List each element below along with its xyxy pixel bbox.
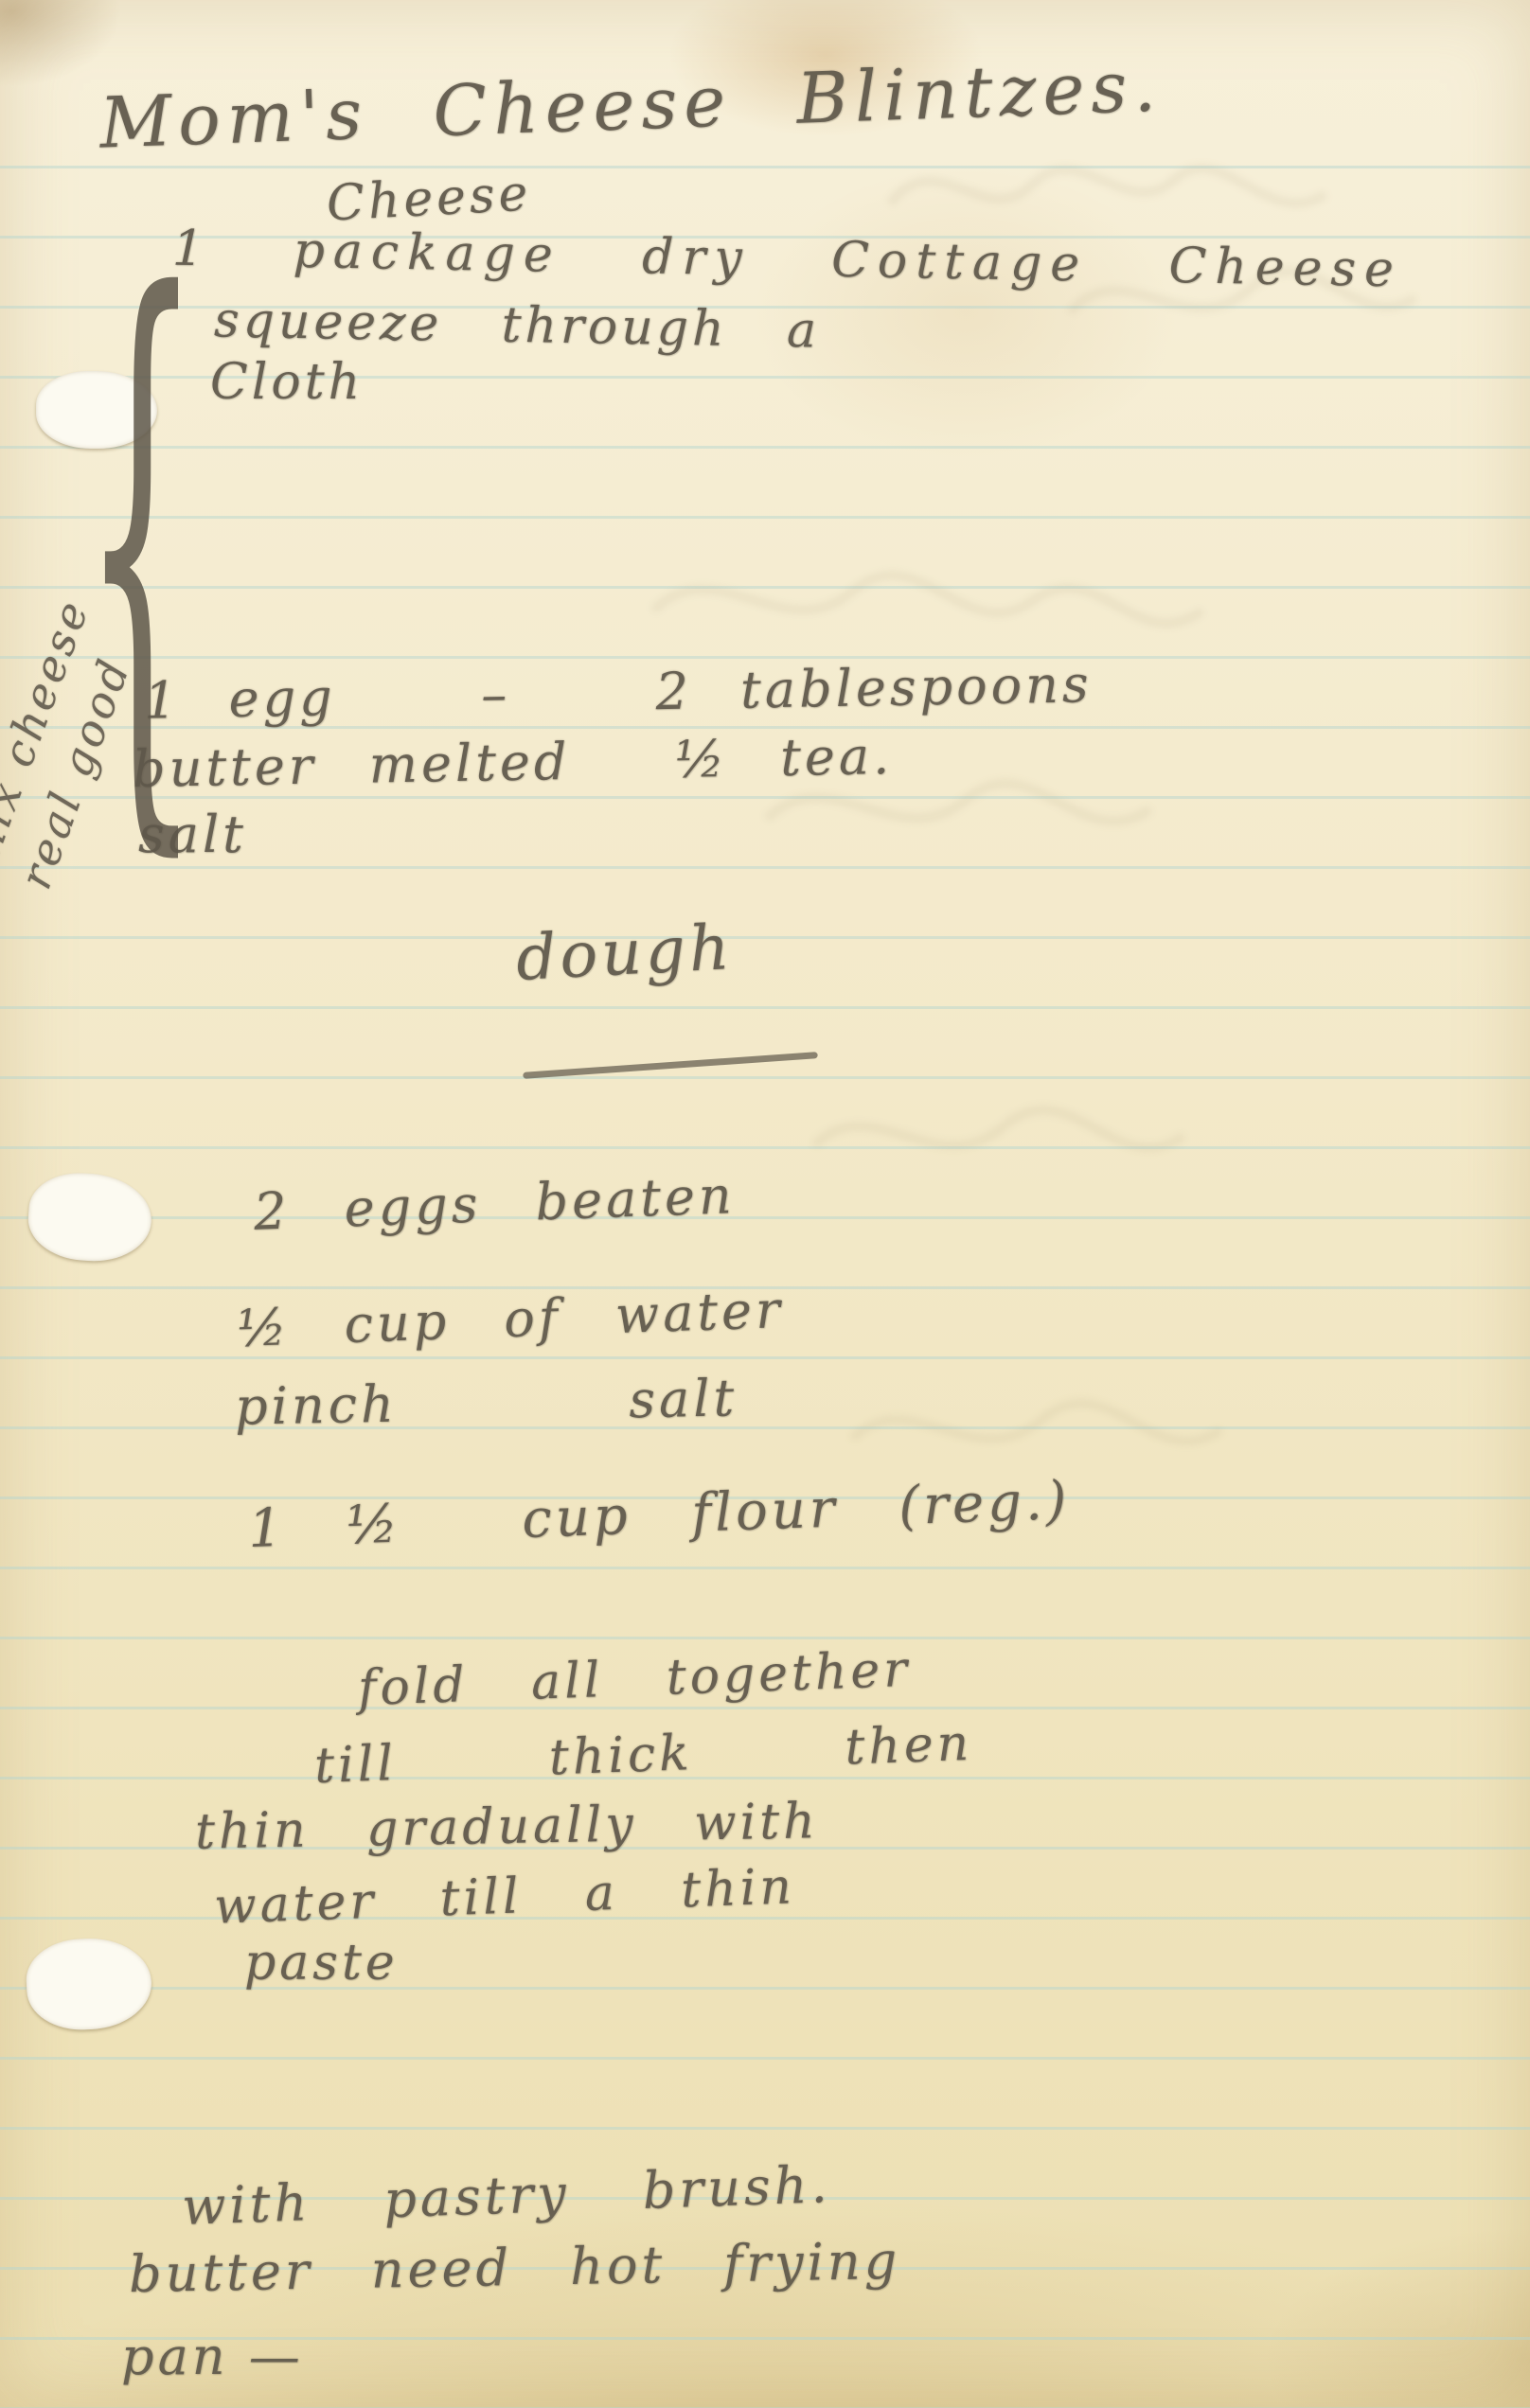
instruction-line-paste: paste	[244, 1935, 399, 1992]
cheese-section-heading: Cheese	[326, 165, 533, 232]
punch-hole-bottom	[25, 1936, 154, 2033]
instruction-line-thin: thin gradually with	[195, 1793, 820, 1860]
cheese-line-butter: butter melted ½ tea.	[133, 726, 894, 799]
punch-hole-middle	[26, 1170, 154, 1266]
recipe-page: Mom's Cheese Blintzes. Cheese { 1 packag…	[0, 0, 1530, 2408]
frying-line-pan: pan —	[121, 2327, 304, 2386]
dough-ingredient-flour: 1 ½ cup flour (reg.)	[247, 1470, 1071, 1560]
dough-heading-underline	[523, 1052, 818, 1079]
ruled-lines	[0, 98, 1530, 2408]
dough-ingredient-eggs: 2 eggs beaten	[253, 1165, 737, 1242]
frying-line-butter: butter need hot frying	[129, 2231, 901, 2304]
dough-ingredient-salt: pinch salt	[234, 1368, 738, 1436]
instruction-line-fold: fold all together	[357, 1641, 912, 1717]
cheese-line-package: 1 package dry Cottage Cheese	[172, 221, 1403, 299]
cheese-line-cloth: Cloth	[210, 354, 364, 411]
dough-section-heading: dough	[514, 911, 735, 995]
instruction-line-water: water till a thin	[213, 1858, 796, 1935]
frying-line-brush: with pastry brush.	[181, 2154, 831, 2237]
cheese-line-salt: salt	[138, 805, 247, 864]
cheese-line-egg: 1 egg – 2 tablespoons	[144, 654, 1094, 730]
dough-ingredient-water: ½ cup of water	[236, 1280, 785, 1358]
recipe-title: Mom's Cheese Blintzes.	[98, 45, 1164, 164]
instruction-line-till-thick: till thick then	[313, 1715, 973, 1795]
cheese-line-squeeze: squeeze through a	[214, 292, 821, 359]
